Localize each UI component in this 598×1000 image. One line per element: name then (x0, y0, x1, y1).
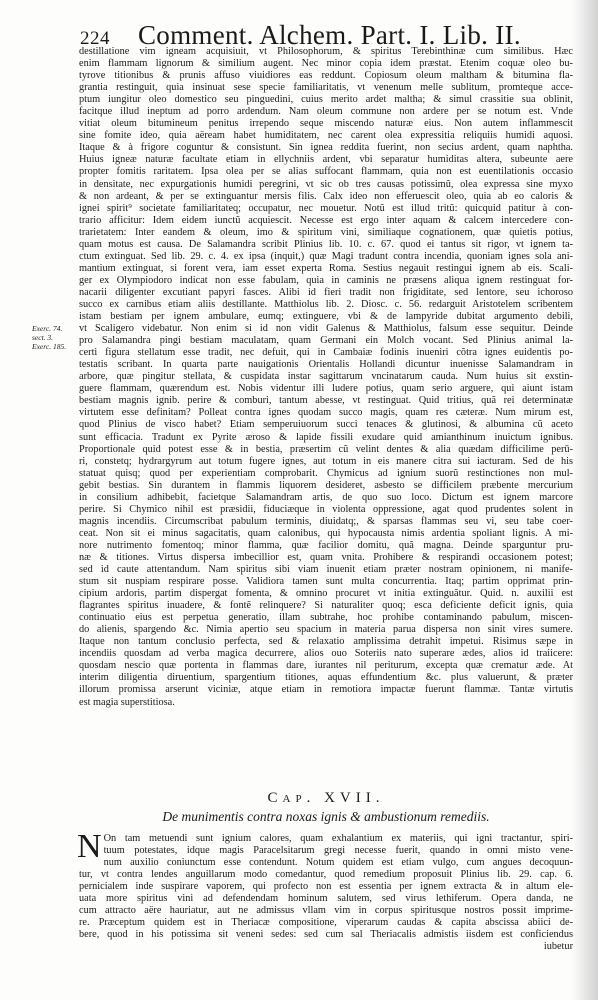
text-line: quod Plinius de visco habet? Etiam sempe… (79, 419, 573, 431)
text-line: sed id caute attentandum. Nam spiritus s… (79, 564, 573, 576)
text-line: Proportionale quid potest esse & in best… (79, 444, 573, 456)
text-line: est magia superstitiosa. (79, 697, 573, 709)
text-line: bere, quod in his potissima sit veneni s… (79, 929, 573, 941)
text-line: nore nutrimento fomentoq; minor flamma, … (79, 540, 573, 552)
text-line: vitiat oleum bitumineum penitus irrepend… (79, 118, 573, 130)
text-line: ignei spirit⁹ societate familiaritateq; … (79, 203, 573, 215)
text-line: tuum potestates, idque magis Paracelsita… (104, 845, 573, 857)
text-line: On tam metuendi sunt ignium calores, qua… (104, 833, 573, 845)
text-line: ger ex Olympiodoro indicat non esse fabu… (79, 275, 573, 287)
chapter-label: Cap. XVII. (79, 790, 573, 807)
text-line: re. Præceptum quidem est in Theriacæ com… (79, 917, 573, 929)
text-line: flagrantes spiritus inuadere, & fontẽ re… (79, 600, 573, 612)
text-line: vt Scaligero videbatur. Non enim si id n… (79, 323, 573, 335)
text-line: trarietatem: Inter eandem & oleum, imo &… (79, 227, 573, 239)
text-line: tur, vt contra lendes anguillarum modo c… (79, 869, 573, 881)
chapter-heading: Cap. XVII. De munimentis contra noxas ig… (79, 790, 573, 825)
text-line: stum sit nuspiam respirare posse. Validi… (79, 576, 573, 588)
text-line: cipium ardoris, partim dispergat fomenta… (79, 588, 573, 600)
text-line: testatis scribant. In quarta parte nauig… (79, 359, 573, 371)
margin-notes: Exerc. 74. sect. 3. Exerc. 185. (32, 324, 78, 351)
text-line: uata more spiritus vini ad defendendam h… (79, 893, 573, 905)
text-line: succo ex carnibus etiam aliis destillant… (79, 299, 573, 311)
margin-note: Exerc. 74. (32, 324, 78, 333)
text-line: facitque illud ineptum ad porro ardendum… (79, 106, 573, 118)
text-line: in consilium adhibebit, facietque Salama… (79, 492, 573, 504)
text-line: ri, constetq; hydrargyrum aut totum fuge… (79, 456, 573, 468)
text-line: quosdam nescio quæ portenta in flammas d… (79, 660, 573, 672)
page-edge-shadow (572, 0, 598, 1000)
text-line: illorum promissa arserunt viciniæ, atque… (79, 684, 573, 696)
text-line: nacarii diligenter excutiant papyri fasc… (79, 287, 573, 299)
text-line: Itaque & à frigore coguntur & consistunt… (79, 142, 573, 154)
text-line: pernicialem inde suspirare vaporem, qui … (79, 881, 573, 893)
text-line: in densitate, nec expurgationis humidi p… (79, 179, 573, 191)
margin-note: sect. 3. (32, 333, 78, 342)
catchword: iubetur (79, 941, 573, 953)
text-line: ctum extinguat. Sed lib. 29. c. 4. ex ip… (79, 251, 573, 263)
text-line: num auxilio coniunctum esse contendunt. … (104, 857, 573, 869)
text-line: gebit bestias. Sin durantem in flammis l… (79, 480, 573, 492)
chapter-title: De munimentis contra noxas ignis & ambus… (79, 809, 573, 825)
text-line: næ & titiones. Virtus dispersa imbecilli… (79, 552, 573, 564)
margin-note: Exerc. 185. (32, 342, 78, 351)
text-line: mantium extinguat, si forent vera, iam e… (79, 263, 573, 275)
text-line: propter fomitis raritatem. Ipsa olea per… (79, 166, 573, 178)
text-line: ptum iungitur oleo domestico seu pingued… (79, 94, 573, 106)
text-line: quam motus est causa. De Salamandra scri… (79, 239, 573, 251)
text-line: Huius igneæ naturæ facultate etiam in el… (79, 154, 573, 166)
text-line: & non ardeant, & per se extinguantur mer… (79, 191, 573, 203)
text-line: trario afficitur: Idem eidem iunctũ acqu… (79, 215, 573, 227)
chapter-text: N On tam metuendi sunt ignium calores, q… (79, 833, 573, 953)
text-line: sine fomite ideo, quia aëream habet humi… (79, 130, 573, 142)
drop-cap: N (77, 834, 102, 860)
text-line: istam bestiam per ignem ambulare, eumq; … (79, 311, 573, 323)
body-text: destillatione vim igneam acquisiuit, vt … (79, 46, 573, 709)
text-line: continuatio eius est perpetua generatio,… (79, 612, 573, 624)
text-line: interim diligentia diruentium, spargenti… (79, 672, 573, 684)
text-line: guere flammam, quærendum est. Nobis vide… (79, 383, 573, 395)
text-line: pro Salamandra pingi bestiam maculatam, … (79, 335, 573, 347)
text-line: incendiis quosdam ad verba magica decurr… (79, 648, 573, 660)
text-line: virtutem esse definitam? Polleat contra … (79, 407, 573, 419)
text-line: statuat quisq; quod per experientiam com… (79, 468, 573, 480)
text-line: cum attracto aëre hauriatur, aut ne admi… (79, 905, 573, 917)
text-line: ceat. Non sit ei minus sagacitatis, quam… (79, 528, 573, 540)
text-line: Itaque non tantum conclusio perfecta, se… (79, 636, 573, 648)
text-line: tyrove titionibus & prunis affuso viuidi… (79, 70, 573, 82)
text-line: certi figura stellatum esse tradit, nec … (79, 347, 573, 359)
text-line: grantia restinguit, quia insinuat sese s… (79, 82, 573, 94)
text-line: arbore, quæ pingitur stellata, & cuspida… (79, 371, 573, 383)
text-line: sunt efficacia. Tradunt ex Pyrite æroso … (79, 432, 573, 444)
text-line: perire. Si Chymico nihil est præsidii, f… (79, 504, 573, 516)
text-line: destillatione vim igneam acquisiuit, vt … (79, 46, 573, 58)
text-line: bestiam magnis ignib. perire & comburi, … (79, 395, 573, 407)
text-line: enim flammam lignorum & similium augent.… (79, 58, 573, 70)
text-line: do alienis, spargendo &c. Nimia apertio … (79, 624, 573, 636)
chapter-lines: On tam metuendi sunt ignium calores, qua… (79, 833, 573, 941)
text-line: magnis incendiis. Circumscribat pabulum … (79, 516, 573, 528)
